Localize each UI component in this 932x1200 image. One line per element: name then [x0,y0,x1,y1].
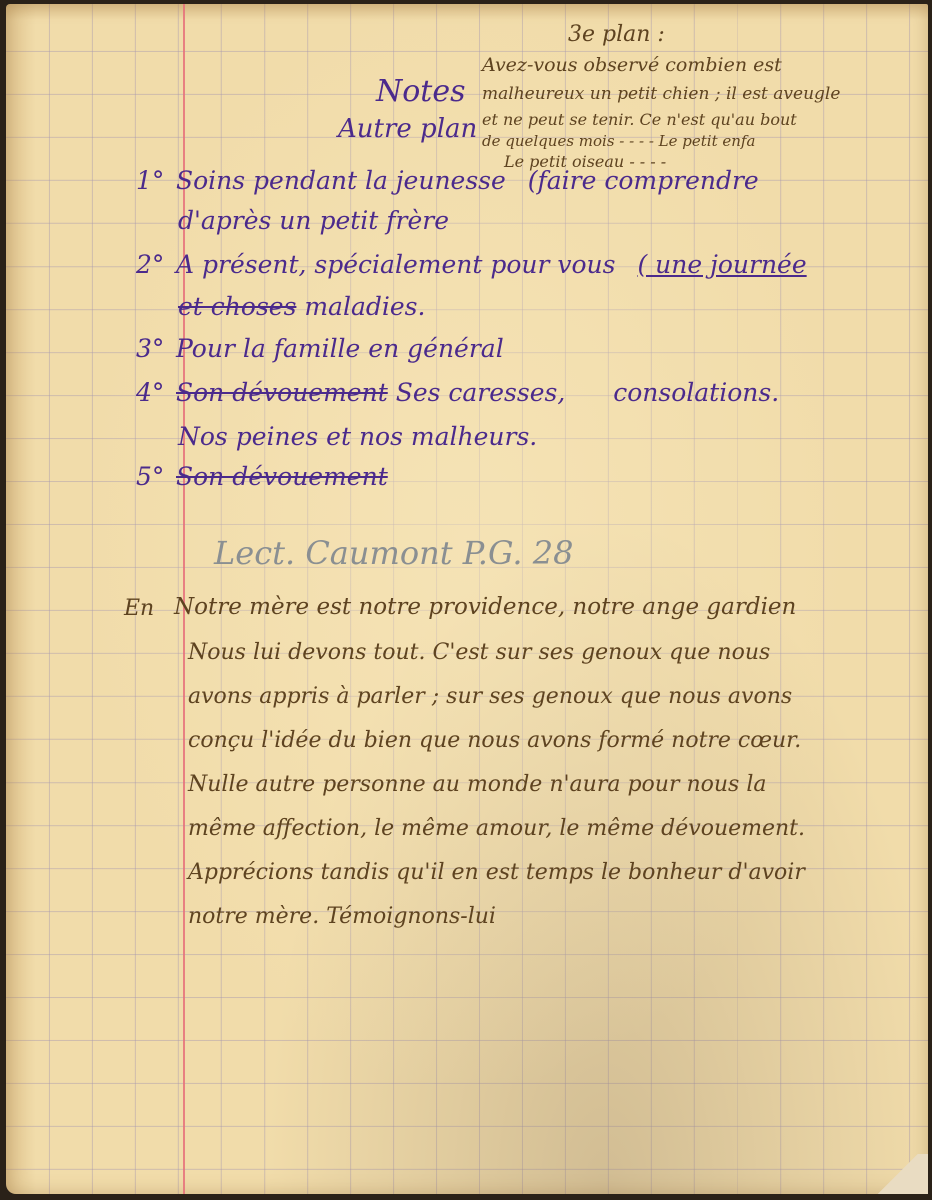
outline-item-4-line2: Nos peines et nos malheurs. [178,422,537,451]
outline-text: maladies. [296,292,425,321]
outline-text: Pour la famille en général [176,334,504,363]
outline-number: 4° [136,378,176,407]
outline-item-1: 1°Soins pendant la jeunesse (faire compr… [136,166,759,195]
outline-item-5: 5°Son dévouement [136,462,388,491]
notes-title: Notes [376,74,466,109]
notebook-page: Notes Autre plan 3e plan : Avez-vous obs… [6,4,928,1194]
third-plan-line: et ne peut se tenir. Ce n'est qu'au bout [482,110,797,129]
outline-item-2: 2°A présent, spécialement pour vous ( un… [136,250,807,279]
composition-margin-label: En [124,596,154,621]
dog-eared-corner [868,1154,928,1194]
outline-continuation: ( une journée [637,250,806,279]
third-plan-line: Avez-vous observé combien est [482,54,782,76]
outline-text: Ses caresses, [388,378,566,407]
outline-item-2-line2: et choses maladies. [178,292,425,321]
composition-line: même affection, le même amour, le même d… [188,816,805,841]
outline-text: Son dévouement [176,462,388,491]
composition-line: notre mère. Témoignons-lui [188,904,496,929]
outline-number: 3° [136,334,176,363]
outline-continuation: (faire comprendre [528,166,759,195]
struck-text: Son dévouement [176,378,388,407]
third-plan-line: malheureux un petit chien ; il est aveug… [482,84,840,104]
struck-text: et choses [178,292,296,321]
outline-item-3: 3°Pour la famille en général [136,334,504,363]
composition-line: avons appris à parler ; sur ses genoux q… [188,684,792,709]
composition-line: Notre mère est notre providence, notre a… [174,594,796,620]
outline-continuation: consolations. [613,378,779,407]
outline-number: 5° [136,462,176,491]
notes-subtitle: Autre plan [338,114,477,144]
outline-number: 2° [136,250,176,279]
composition-line: Apprécions tandis qu'il en est temps le … [188,860,805,885]
third-plan-line: de quelques mois - - - - Le petit enfa [482,132,755,150]
third-plan-heading: 3e plan : [568,22,665,47]
composition-line: Nous lui devons tout. C'est sur ses geno… [188,640,770,665]
outline-item-4: 4°Son dévouement Ses caresses, consolati… [136,378,779,407]
pencil-annotation: Lect. Caumont P.G. 28 [214,534,573,572]
outline-item-1-line2: d'après un petit frère [178,206,449,235]
outline-text: Soins pendant la jeunesse [176,166,506,195]
composition-line: Nulle autre personne au monde n'aura pou… [188,772,766,797]
outline-number: 1° [136,166,176,195]
composition-line: conçu l'idée du bien que nous avons form… [188,728,801,753]
outline-text: A présent, spécialement pour vous [176,250,616,279]
